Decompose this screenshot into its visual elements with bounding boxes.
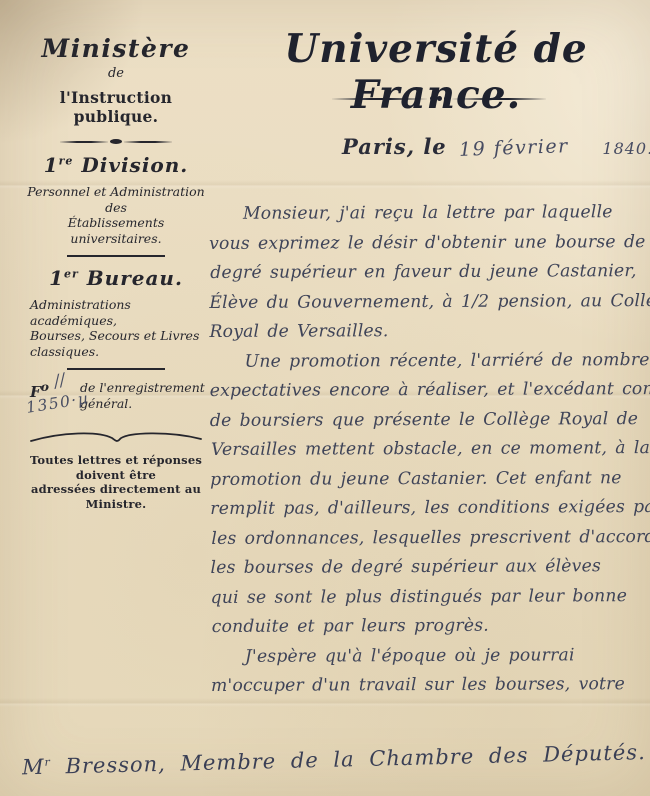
letter-line: Versailles mettent obstacle, en ce momen… [211,434,647,465]
ornament-line [124,141,172,143]
letter-line: conduite et par leurs progrès. [212,611,648,642]
dateline-printed: Paris, le [342,134,447,159]
dateline-handwritten-year: 1840. [602,139,650,158]
ornament-dots [429,96,450,101]
registration-label-line: de l'enregistrement [80,380,205,396]
letter-line: degré supérieur en faveur du jeune Casta… [210,257,646,288]
letter-line: les ordonnances, lesquelles prescrivent … [211,523,647,554]
division-detail-line: des [24,200,208,216]
letterhead: Ministère de l'Instruction publique. 1re… [24,34,208,511]
postal-notice-line: adressées directement au Ministre. [24,482,208,511]
bureau-label: Bureau. [79,266,183,290]
letter-line: Élève du Gouvernement, à 1/2 pension, au… [209,287,645,318]
letter-line: remplit pas, d'ailleurs, les conditions … [210,493,646,524]
dateline: Paris, le 19 février 1840. [342,134,650,159]
ornament-line [452,98,547,100]
division-detail-line: Personnel et Administration [24,184,208,200]
postal-notice: Toutes lettres et réponses doivent être … [24,453,208,511]
bureau-ordinal: er [64,267,79,280]
ministry-department: l'Instruction publique. [24,88,208,126]
brace-flourish [28,429,204,445]
ornament-line [332,98,427,100]
addressee-initial: M [22,755,45,780]
ornament-dot [444,96,449,101]
division-ordinal: re [59,154,74,167]
divider-rule [67,255,165,257]
letter-line: vous exprimez le désir d'obtenir une bou… [209,228,645,259]
addressee-text: Bresson, Membre de la Chambre des Député… [51,740,646,779]
letter-line: expectatives encore à réaliser, et l'exc… [210,375,646,406]
bureau-detail-line: Bourses, Secours et Livres [30,328,208,344]
bureau-detail-line: Administrations académiques, [30,297,208,328]
folio-superscript: o [41,379,49,394]
letter-line: promotion du jeune Castanier. Cet enfant… [210,464,646,495]
bureau-detail: Administrations académiques, Bourses, Se… [24,297,208,359]
division-detail-line: Établissements universitaires. [24,215,208,246]
division-number: 1 [44,153,59,177]
registration-label: de l'enregistrement général. [80,380,205,411]
addressee-line: Mr Bresson, Membre de la Chambre des Dép… [22,741,622,780]
handwritten-slashes: // [52,370,68,392]
ornament-dot [437,96,442,101]
letter-line: Royal de Versailles. [209,316,645,347]
letter-line: Monsieur, j'ai reçu la lettre par laquel… [209,198,645,229]
bureau-title: 1er Bureau. [24,266,208,290]
dateline-handwritten-date: 19 février [458,135,568,161]
letter-line: m'occuper d'un travail sur les bourses, … [211,670,647,701]
division-detail: Personnel et Administration des Établiss… [24,184,208,246]
divider-rule [67,368,165,370]
ministry-connector: de [24,66,208,81]
ornament-line [60,141,108,143]
postal-notice-line: Toutes lettres et réponses doivent être [24,453,208,482]
title-ornament [332,96,546,101]
letter-page: Ministère de l'Instruction publique. 1re… [0,0,650,796]
registration-block: Fo // de l'enregistrement général. 1350·… [24,377,208,419]
registration-label-line: général. [80,396,205,412]
ministry-name: Ministère [24,34,208,63]
division-label: Division. [73,153,188,177]
letter-line: de boursiers que présente le Collège Roy… [210,405,646,436]
bureau-detail-line: classiques. [30,344,208,360]
letter-line: qui se sont le plus distingués par leur … [211,582,647,613]
division-title: 1re Division. [24,153,208,177]
letter-body: Monsieur, j'ai reçu la lettre par laquel… [209,198,647,701]
page-title: Université de France. [236,26,636,118]
bureau-number: 1 [49,266,64,290]
ornament-dot [430,96,435,101]
letter-line: Une promotion récente, l'arriéré de nomb… [211,346,647,377]
ornament-diamond [110,139,122,144]
letter-line: J'espère qu'à l'époque où je pourrai [211,641,647,672]
divider-ornament [60,139,172,144]
letter-line: les bourses de degré supérieur aux élève… [210,552,646,583]
